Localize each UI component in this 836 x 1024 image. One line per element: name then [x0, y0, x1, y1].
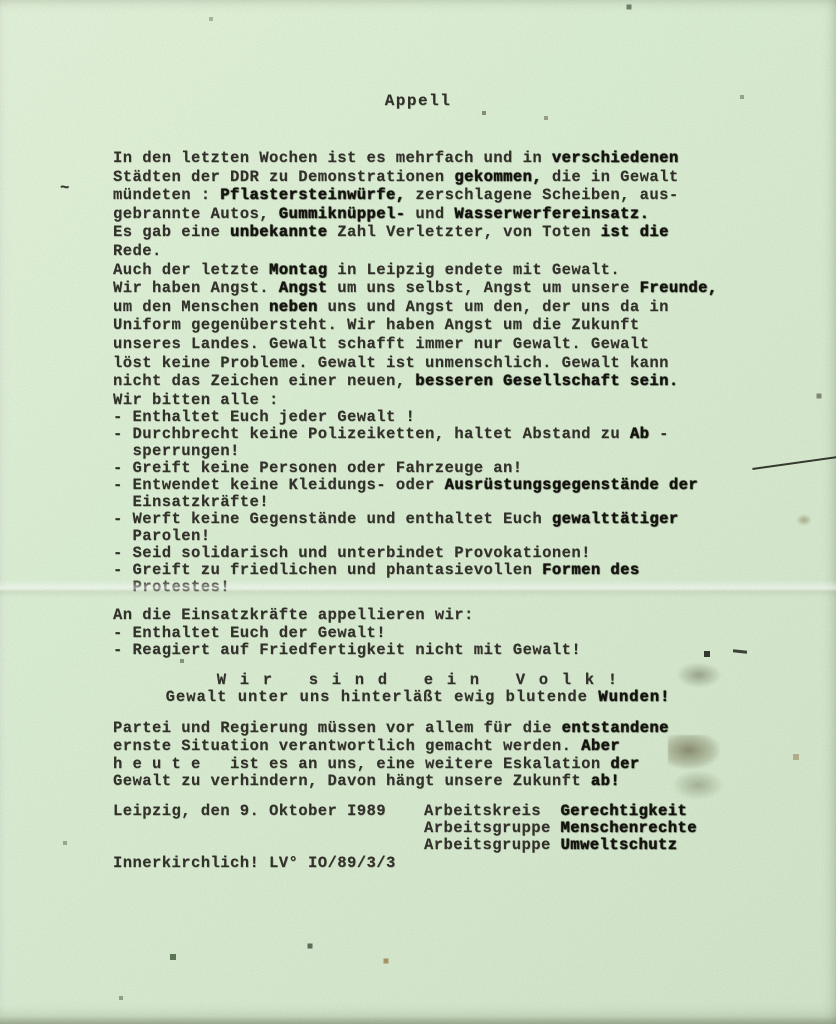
- text-segment: um den Menschen: [113, 298, 269, 316]
- text-segment: - Greift zu friedlichen und phantasievol…: [113, 561, 542, 579]
- paper-fold-crease: [0, 580, 836, 598]
- text-segment: Städten der DDR zu Demonstrationen: [113, 168, 454, 186]
- dateline: Leipzig, den 9. Oktober I989: [113, 803, 386, 820]
- text-line: Partei und Regierung müssen vor allem fü…: [113, 720, 669, 738]
- text-segment: Auch der letzte: [113, 261, 269, 279]
- text-segment: Zahl Verletzter, von Toten: [328, 223, 601, 241]
- ink-heavy-text: Pflastersteinwürfe,: [220, 186, 405, 204]
- text-line: Gewalt unter uns hinterläßt ewig blutend…: [0, 689, 836, 706]
- paragraph-responsibility: Partei und Regierung müssen vor allem fü…: [113, 720, 669, 791]
- text-segment: Arbeitsgruppe: [424, 819, 561, 837]
- text-segment: mündeten :: [113, 186, 220, 204]
- text-line: Städten der DDR zu Demonstrationen gekom…: [113, 168, 718, 187]
- paper-stain: [672, 770, 724, 800]
- ink-heavy-text: Umweltschutz: [561, 836, 678, 854]
- text-line: h e u t e ist es an uns, eine weitere Es…: [113, 756, 669, 774]
- ink-heavy-text: entstandene: [562, 719, 669, 737]
- text-segment: uns und Angst um den, der uns da in: [318, 298, 669, 316]
- ink-heavy-text: Wasserwerfereinsatz.: [454, 205, 649, 223]
- text-segment: - Entwendet keine Kleidungs- oder: [113, 476, 445, 494]
- text-segment: - Greift keine Personen oder Fahrzeuge a…: [113, 459, 523, 477]
- scratch-mark: [752, 456, 836, 470]
- paper-stain: [676, 662, 722, 688]
- ink-heavy-text: Aber: [581, 737, 620, 755]
- text-line: - Greift keine Personen oder Fahrzeuge a…: [113, 460, 698, 477]
- text-line: unseres Landes. Gewalt schafft immer nur…: [113, 335, 718, 354]
- ink-heavy-text: Ausrüstungsgegenstände der: [445, 476, 699, 494]
- ink-heavy-text: gekommen,: [454, 168, 542, 186]
- text-segment: W i r s i n d e i n V o l k !: [217, 671, 620, 689]
- ink-heavy-text: Wunden!: [598, 688, 670, 706]
- ink-heavy-text: ist die: [601, 223, 669, 241]
- text-segment: um uns selbst, Angst um unsere: [328, 279, 640, 297]
- ink-heavy-text: Gummiknüppel-: [279, 205, 406, 223]
- text-line: - Durchbrecht keine Polizeiketten, halte…: [113, 426, 698, 443]
- text-segment: An die Einsatzkräfte appellieren wir:: [113, 606, 474, 624]
- ink-heavy-text: verschiedenen: [552, 149, 679, 167]
- text-segment: Uniform gegenübersteht. Wir haben Angst …: [113, 316, 640, 334]
- text-segment: in Leipzig endete mit Gewalt.: [328, 261, 621, 279]
- ink-heavy-text: neben: [269, 298, 318, 316]
- paper-stain: [796, 514, 812, 526]
- text-segment: nicht das Zeichen einer neuen,: [113, 372, 415, 390]
- text-line: löst keine Probleme. Gewalt ist unmensch…: [113, 354, 718, 373]
- text-segment: ernste Situation verantwortlich gemacht …: [113, 737, 581, 755]
- text-segment: - Reagiert auf Friedfertigkeit nicht mit…: [113, 641, 581, 659]
- text-line: Es gab eine unbekannte Zahl Verletzter, …: [113, 223, 718, 242]
- scanned-document-page: Appell ~ In den letzten Wochen ist es me…: [0, 0, 836, 1024]
- paper-stain: [668, 735, 720, 769]
- text-line: Wir haben Angst. Angst um uns selbst, An…: [113, 279, 718, 298]
- text-line: sperrungen!: [113, 443, 698, 460]
- text-segment: - Seid solidarisch und unterbindet Provo…: [113, 544, 591, 562]
- text-line: Arbeitskreis Gerechtigkeit: [424, 803, 697, 820]
- ink-heavy-text: ab!: [591, 772, 620, 790]
- ink-heavy-text: Menschenrechte: [561, 819, 698, 837]
- text-line: Arbeitsgruppe Umweltschutz: [424, 837, 697, 854]
- text-segment: -: [649, 425, 669, 443]
- ink-dash-mark: [733, 649, 747, 653]
- paper-specks: [0, 0, 2, 2]
- text-segment: und: [406, 205, 455, 223]
- text-segment: gebrannte Autos,: [113, 205, 279, 223]
- text-segment: - Werft keine Gegenstände und enthaltet …: [113, 510, 552, 528]
- text-line: Uniform gegenübersteht. Wir haben Angst …: [113, 316, 718, 335]
- text-line: An die Einsatzkräfte appellieren wir:: [113, 607, 581, 625]
- text-segment: zerschlagene Scheiben, aus-: [406, 186, 679, 204]
- ink-heavy-text: unbekannte: [230, 223, 328, 241]
- text-line: um den Menschen neben uns und Angst um d…: [113, 298, 718, 317]
- ink-heavy-text: Angst: [279, 279, 328, 297]
- text-line: - Reagiert auf Friedfertigkeit nicht mit…: [113, 642, 581, 660]
- text-line: Wir bitten alle :: [113, 392, 698, 409]
- text-segment: Rede.: [113, 242, 162, 260]
- text-line: Auch der letzte Montag in Leipzig endete…: [113, 261, 718, 280]
- text-segment: unseres Landes. Gewalt schafft immer nur…: [113, 335, 649, 353]
- text-segment: Wir bitten alle :: [113, 391, 279, 409]
- text-segment: Gewalt unter uns hinterläßt ewig blutend…: [166, 688, 599, 706]
- text-segment: Wir haben Angst.: [113, 279, 279, 297]
- text-line: nicht das Zeichen einer neuen, besseren …: [113, 372, 718, 391]
- text-segment: In den letzten Wochen ist es mehrfach un…: [113, 149, 552, 167]
- text-segment: Parolen!: [113, 527, 211, 545]
- text-line: Gewalt zu verhindern, Davon hängt unsere…: [113, 773, 669, 791]
- paragraph-intro: In den letzten Wochen ist es mehrfach un…: [113, 149, 718, 391]
- ink-heavy-text: Ab: [630, 425, 650, 443]
- text-line: - Enthaltet Euch jeder Gewalt !: [113, 409, 698, 426]
- text-segment: Arbeitsgruppe: [424, 836, 561, 854]
- text-line: ernste Situation verantwortlich gemacht …: [113, 738, 669, 756]
- list-appeal-to-all: Wir bitten alle :- Enthaltet Euch jeder …: [113, 392, 698, 596]
- text-line: gebrannte Autos, Gummiknüppel- und Wasse…: [113, 205, 718, 224]
- signature-groups: Arbeitskreis GerechtigkeitArbeitsgruppe …: [424, 803, 697, 855]
- text-segment: - Durchbrecht keine Polizeiketten, halte…: [113, 425, 630, 443]
- handwritten-margin-mark: ~: [60, 179, 69, 197]
- text-line: - Seid solidarisch und unterbindet Provo…: [113, 545, 698, 562]
- text-line: Parolen!: [113, 528, 698, 545]
- text-line: Arbeitsgruppe Menschenrechte: [424, 820, 697, 837]
- text-segment: Arbeitskreis: [424, 802, 561, 820]
- ink-heavy-text: Formen des: [542, 561, 640, 579]
- text-segment: löst keine Probleme. Gewalt ist unmensch…: [113, 354, 669, 372]
- text-segment: - Enthaltet Euch jeder Gewalt !: [113, 408, 415, 426]
- ink-heavy-text: besseren Gesellschaft sein.: [415, 372, 678, 390]
- ink-heavy-text: gewalttätiger: [552, 510, 679, 528]
- text-line: - Enthaltet Euch der Gewalt!: [113, 625, 581, 643]
- text-line: - Entwendet keine Kleidungs- oder Ausrüs…: [113, 477, 698, 494]
- text-segment: Gewalt zu verhindern, Davon hängt unsere…: [113, 772, 591, 790]
- text-line: mündeten : Pflastersteinwürfe, zerschlag…: [113, 186, 718, 205]
- text-line: In den letzten Wochen ist es mehrfach un…: [113, 149, 718, 168]
- scan-edge-shadow: [0, 1016, 836, 1024]
- ink-heavy-text: Gerechtigkeit: [561, 802, 688, 820]
- text-segment: die in Gewalt: [542, 168, 679, 186]
- text-segment: Partei und Regierung müssen vor allem fü…: [113, 719, 562, 737]
- text-line: Einsatzkräfte!: [113, 494, 698, 511]
- footer-note: Innerkirchlich! LV° IO/89/3/3: [113, 855, 396, 872]
- text-line: Rede.: [113, 242, 718, 261]
- text-segment: sperrungen!: [113, 442, 240, 460]
- text-segment: h e u t e ist es an uns, eine weitere Es…: [113, 755, 610, 773]
- text-segment: Einsatzkräfte!: [113, 493, 269, 511]
- text-line: - Greift zu friedlichen und phantasievol…: [113, 562, 698, 579]
- document-title: Appell: [0, 92, 836, 110]
- text-segment: Es gab eine: [113, 223, 230, 241]
- text-segment: - Enthaltet Euch der Gewalt!: [113, 624, 386, 642]
- ink-heavy-text: der: [610, 755, 639, 773]
- ink-heavy-text: Montag: [269, 261, 328, 279]
- text-line: - Werft keine Gegenstände und enthaltet …: [113, 511, 698, 528]
- ink-heavy-text: Freunde,: [640, 279, 718, 297]
- paragraph-appeal-to-forces: An die Einsatzkräfte appellieren wir:- E…: [113, 607, 581, 660]
